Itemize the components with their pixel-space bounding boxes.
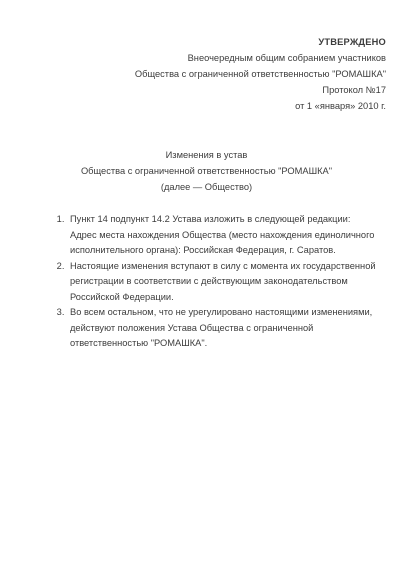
approval-block: УТВЕРЖДЕНО Внеочередным общим собранием …: [0, 34, 386, 114]
approval-stamp-label: УТВЕРЖДЕНО: [0, 34, 386, 50]
document-title-block: Изменения в устав Общества с ограниченно…: [0, 147, 413, 195]
document-title-line-3: (далее — Общество): [0, 179, 413, 195]
list-item-2: Настоящие изменения вступают в силу с мо…: [67, 259, 376, 306]
approval-line-meeting: Внеочередным общим собранием участников: [0, 50, 386, 66]
document-page: УТВЕРЖДЕНО Внеочередным общим собранием …: [0, 0, 413, 584]
approval-line-date: от 1 «января» 2010 г.: [0, 98, 386, 114]
document-title-line-2: Общества с ограниченной ответственностью…: [0, 163, 413, 179]
list-item-1: Пункт 14 подпункт 14.2 Устава изложить в…: [67, 212, 376, 259]
approval-line-protocol-number: Протокол №17: [0, 82, 386, 98]
list-item-3: Во всем остальном, что не урегулировано …: [67, 305, 376, 352]
document-title-line-1: Изменения в устав: [0, 147, 413, 163]
approval-line-company: Общества с ограниченной ответственностью…: [0, 66, 386, 82]
amendments-list: Пункт 14 подпункт 14.2 Устава изложить в…: [0, 212, 413, 352]
